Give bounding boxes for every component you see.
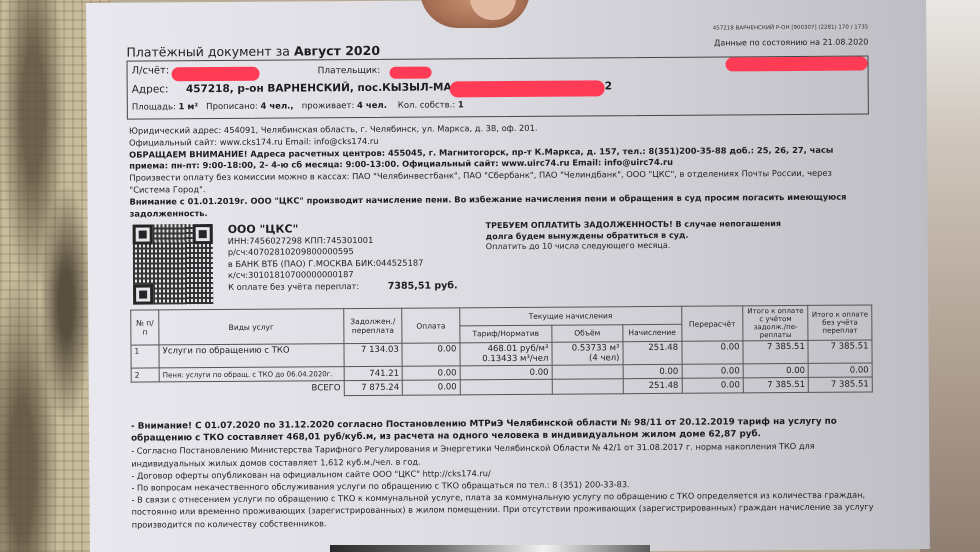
total-with: 7 385.51 [743,377,808,392]
row-num: 2 [131,368,159,382]
row-total-with: 7 385.51 [743,340,808,363]
registered-value: 4 чел., [260,101,293,111]
col-volume: Объём [552,324,623,342]
account-label: Л/счёт: [132,65,170,76]
row-recalc: 0.00 [682,364,744,378]
total-recalc: 0.00 [682,378,744,393]
row-total-without: 7 385.51 [808,340,872,363]
notes-block: - Внимание! С 01.07.2020 по 31.12.2020 с… [131,415,892,530]
living-value: 4 чел. [357,101,387,111]
demand-deadline: Оплатить до 10 числа следующего месяца. [486,240,781,253]
col-charge: Начисление [623,324,682,342]
row-paid: 0.00 [402,343,460,366]
address-value: 457218, р-он ВАРНЕНСКИЙ, пос.КЫЗЫЛ-МАЯК [186,81,468,95]
area-value: 1 м² [178,102,198,112]
meta-code: 457218 ВАРНЕНСКИЙ Р-ОН [900307] (2281) 1… [713,24,869,31]
area-label: Площадь: [132,102,176,112]
amount-due-value: 7385,51 руб. [388,280,458,291]
account-box: Л/счёт: Плательщик: Адрес: 457218, р-он … [126,55,868,119]
row-charge: 251.48 [623,341,682,364]
volume-value: 0.53733 м³ [555,343,619,353]
row-tariff: 468.01 руб/м³ 0.13433 м³/чел [460,342,552,366]
owners-label: Кол. собств.: [398,100,455,110]
calculation-notice: - В связи с отнесением услуги по обращен… [132,489,892,531]
amount-due-row: К оплате без учёта переплат: 7385,51 руб… [228,280,458,293]
row-service: Пеня: услуги по обращ. с ТКО до 06.04.20… [159,367,344,382]
total-debt: 7 875.24 [344,380,403,395]
col-recalc: Перерасчёт [681,306,743,341]
col-paid: Оплата [402,308,460,343]
company-info: Юридический адрес: 454091, Челябинская о… [129,121,850,220]
row-volume: 0.53733 м³ (4 чел) [552,342,623,365]
col-total-with: Итого к оплате с учётом задолж./пе-репла… [743,305,809,340]
debt-demand: ТРЕБУЕМ ОПЛАТИТЬ ЗАДОЛЖЕННОСТЬ! В случае… [486,219,782,253]
qr-finder-icon [133,284,153,304]
tariff-rate: 468.01 руб/м³ [463,344,548,355]
row-paid: 0.00 [402,366,460,380]
registered-label: Прописано: [206,102,258,112]
address-redaction [450,80,605,97]
title-period: Август 2020 [294,43,380,59]
row-debt: 741.21 [344,366,403,380]
row-volume [552,365,623,379]
address-suffix: 2 [605,80,612,92]
col-service: Виды услуг [159,309,344,345]
background-object [330,545,650,552]
volume-people: (4 чел) [555,353,619,363]
qr-code [133,224,214,305]
col-tariff: Тариф/Норматив [460,325,552,343]
col-debt: Задолжен./ переплата [344,308,403,343]
row-recalc: 0.00 [682,341,744,364]
demand-line-2: долга будем вынуждены обратиться в суд. [486,230,689,240]
row-service: Услуги по обращению с ТКО [159,344,344,368]
tariff-norm: 0.13433 м³/чел [463,354,548,365]
demand-bold: ТРЕБУЕМ ОПЛАТИТЬ ЗАДОЛЖЕННОСТЬ! [486,220,673,230]
col-current: Текущие начисления [460,306,682,325]
col-total-without: Итого к оплате без учёта переплат [808,305,872,340]
total-without: 7 385.51 [809,377,873,392]
blank-cell [131,382,159,397]
row-charge: 0.00 [623,364,682,378]
total-tariff-empty [460,379,552,395]
payer-row: Плательщик: [318,66,381,76]
payer-redaction [390,67,432,79]
owners-value: 1 [458,100,464,110]
row-total-with: 0.00 [743,363,808,377]
qr-finder-icon [133,224,153,244]
amount-due-label: К оплате без учёта переплат: [228,281,359,292]
payment-document: Платёжный документ за Август 2020 457218… [86,0,930,552]
account-redaction [172,67,260,82]
account-number-row: Л/счёт: [132,65,170,76]
payee-bank: в БАНК ВТБ (ПАО) Г.МОСКВА БИК:044525187 [228,257,458,270]
address-label: Адрес: [132,83,169,95]
top-right-redaction [725,56,867,71]
total-paid: 0.00 [403,380,461,395]
details-row: Площадь: 1 м² Прописано: 4 чел., прожива… [132,100,464,112]
col-num: № п/п [131,310,159,345]
document-title: Платёжный документ за Август 2020 [126,43,380,60]
row-num: 1 [131,345,159,368]
living-label: проживает: [302,101,355,111]
row-tariff: 0.00 [460,365,552,380]
row-total-without: 0.00 [808,363,872,377]
total-charge: 251.48 [623,378,682,393]
as-of-date: Данные по состоянию на 21.08.2020 [714,37,868,47]
qr-finder-icon [193,224,213,244]
address-row: Адрес: 457218, р-он ВАРНЕНСКИЙ, пос.КЫЗЫ… [132,81,469,95]
payee-details: ООО "ЦКС" ИНН:7456027298 КПП:745301001 р… [228,222,458,293]
title-prefix: Платёжный документ за [126,44,290,60]
payer-label: Плательщик: [318,66,381,76]
penalty-notice: Внимание с 01.01.2019г. ООО "ЦКС" произв… [129,191,849,220]
charges-table: № п/п Виды услуг Задолжен./ переплата Оп… [130,304,873,397]
total-label: ВСЕГО [159,381,344,397]
row-debt: 7 134.03 [344,343,403,366]
demand-rest: В случае непогашения [673,219,781,229]
total-volume-empty [552,379,623,394]
